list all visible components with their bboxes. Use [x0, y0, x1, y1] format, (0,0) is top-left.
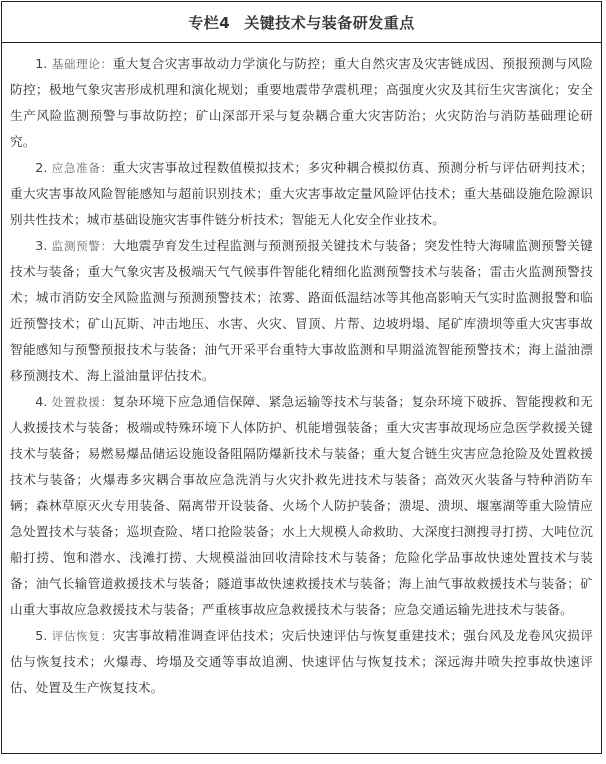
section-label: 监测预警： — [52, 239, 113, 253]
section-index: 5. — [35, 628, 47, 643]
column-header: 专栏4 关键技术与装备研发重点 — [2, 2, 601, 43]
section-text: 复杂环境下应急通信保障、紧急运输等技术与装备；复杂环境下破拆、智能搜救和无人救援… — [10, 394, 593, 617]
section-label: 应急准备： — [52, 161, 113, 175]
section-index: 3. — [35, 238, 47, 253]
section-label: 处置救援： — [52, 395, 113, 409]
section-label: 评估恢复： — [52, 629, 113, 643]
section-disposal-rescue: 4.处置救援：复杂环境下应急通信保障、紧急运输等技术与装备；复杂环境下破拆、智能… — [10, 389, 593, 623]
section-index: 1. — [35, 56, 47, 71]
section-index: 2. — [35, 160, 47, 175]
special-column-box: 专栏4 关键技术与装备研发重点 1.基础理论：重大复合灾害事故动力学演化与防控；… — [1, 1, 602, 754]
section-index: 4. — [35, 394, 47, 409]
column-title: 关键技术与装备研发重点 — [244, 12, 415, 33]
section-basic-theory: 1.基础理论：重大复合灾害事故动力学演化与防控；重大自然灾害及灾害链成因、预报预… — [10, 51, 593, 155]
section-label: 基础理论： — [52, 57, 113, 71]
section-text: 大地震孕育发生过程监测与预测预报关键技术与装备；突发性特大海啸监测预警关键技术与… — [10, 238, 593, 383]
column-label: 专栏4 — [188, 12, 230, 33]
section-monitoring-warning: 3.监测预警：大地震孕育发生过程监测与预测预报关键技术与装备；突发性特大海啸监测… — [10, 233, 593, 389]
column-content: 1.基础理论：重大复合灾害事故动力学演化与防控；重大自然灾害及灾害链成因、预报预… — [2, 43, 601, 701]
section-assessment-recovery: 5.评估恢复：灾害事故精准调查评估技术；灾后快速评估与恢复重建技术；强台风及龙卷… — [10, 623, 593, 701]
section-emergency-preparedness: 2.应急准备：重大灾害事故过程数值模拟技术；多灾种耦合模拟仿真、预测分析与评估研… — [10, 155, 593, 233]
